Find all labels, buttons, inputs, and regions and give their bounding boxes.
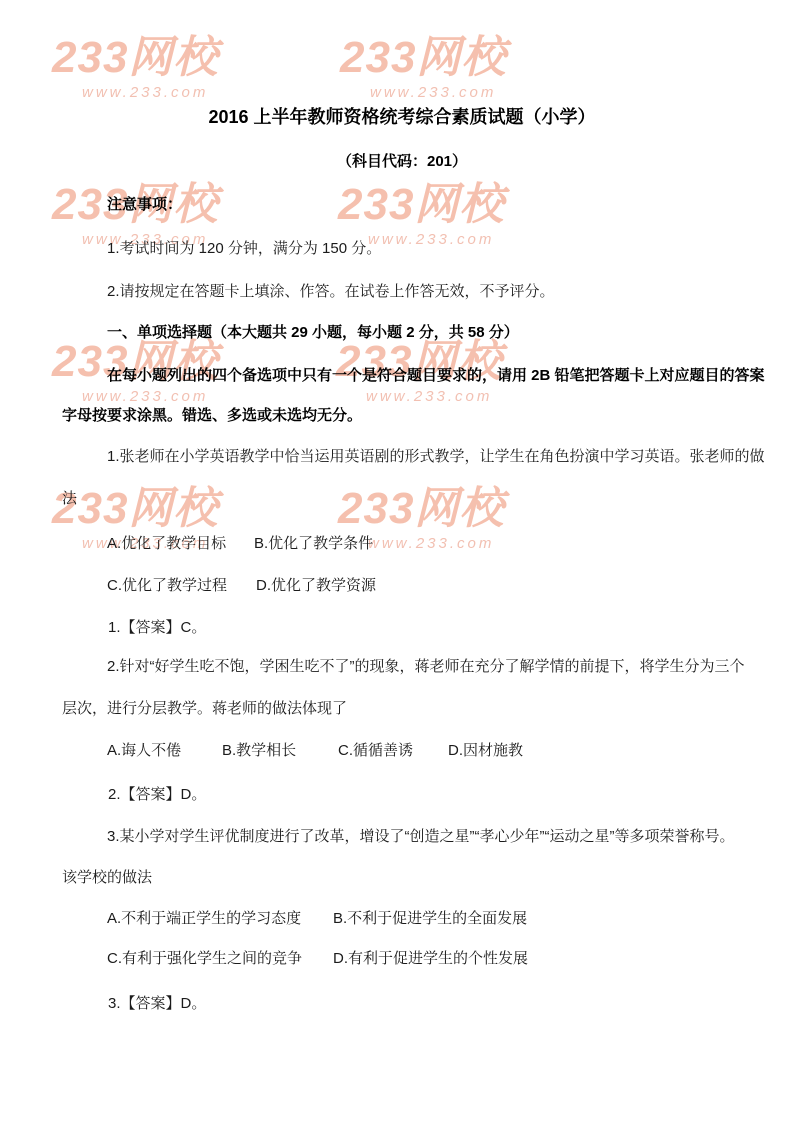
watermark-logo: 233网校 [338,487,504,531]
question-2-stem-line-1: 2.针对“好学生吃不饱，学困生吃不了”的现象，蒋老师在充分了解学情的前提下，将学… [107,658,745,676]
watermark: 233网校 www.233.com [52,183,218,248]
question-1-option-a: A.优化了教学目标 [107,535,226,553]
question-1-option-d: D.优化了教学资源 [256,577,376,595]
exam-document-page: 233网校 www.233.com 233网校 www.233.com 233网… [0,0,804,1136]
question-3-stem-line-2: 该学校的做法 [62,869,152,887]
question-2-option-a: A.诲人不倦 [107,742,181,760]
question-2-answer: 2.【答案】D。 [108,786,206,804]
question-1-stem-line-1: 1.张老师在小学英语教学中恰当运用英语剧的形式教学，让学生在角色扮演中学习英语。… [107,448,765,466]
question-1-option-c: C.优化了教学过程 [107,577,227,595]
question-1-option-b: B.优化了教学条件 [254,535,373,553]
watermark-url: www.233.com [336,388,502,405]
watermark-logo: 233网校 [338,183,504,227]
watermark-url: www.233.com [52,84,218,101]
doc-title: 2016 上半年教师资格统考综合素质试题（小学） [0,107,804,129]
watermark-url: www.233.com [52,388,218,405]
section-heading: 一、单项选择题（本大题共 29 小题，每小题 2 分，共 58 分） [107,324,519,342]
question-2-option-d: D.因材施教 [448,742,523,760]
watermark-url: www.233.com [340,84,506,101]
question-3-option-d: D.有利于促进学生的个性发展 [333,950,528,968]
notice-item-1: 1.考试时间为 120 分钟，满分为 150 分。 [107,240,381,258]
doc-subtitle: （科目代码：201） [0,153,804,171]
notice-heading: 注意事项： [107,196,182,214]
question-3-option-c: C.有利于强化学生之间的竞争 [107,950,302,968]
question-2-stem-line-2: 层次，进行分层教学。蒋老师的做法体现了 [62,700,347,718]
section-instructions-2: 字母按要求涂黑。错选、多选或未选均无分。 [62,407,362,425]
watermark-logo: 233网校 [52,36,218,80]
question-3-answer: 3.【答案】D。 [108,995,206,1013]
question-1-answer: 1.【答案】C。 [108,619,206,637]
question-3-option-b: B.不利于促进学生的全面发展 [333,910,527,928]
watermark-logo: 233网校 [340,36,506,80]
watermark: 233网校 www.233.com [52,36,218,101]
watermark: 233网校 www.233.com [340,36,506,101]
question-2-option-b: B.教学相长 [222,742,296,760]
question-3-option-a: A.不利于端正学生的学习态度 [107,910,301,928]
notice-item-2: 2.请按规定在答题卡上填涂、作答。在试卷上作答无效，不予评分。 [107,283,555,301]
watermark: 233网校 www.233.com [338,183,504,248]
question-3-stem-line-1: 3.某小学对学生评优制度进行了改革，增设了“创造之星”“孝心少年”“运动之星”等… [107,828,735,846]
section-instructions-1: 在每小题列出的四个备选项中只有一个是符合题目要求的，请用 2B 铅笔把答题卡上对… [107,367,765,385]
question-2-option-c: C.循循善诱 [338,742,413,760]
question-1-stem-line-2: 法 [62,490,77,508]
